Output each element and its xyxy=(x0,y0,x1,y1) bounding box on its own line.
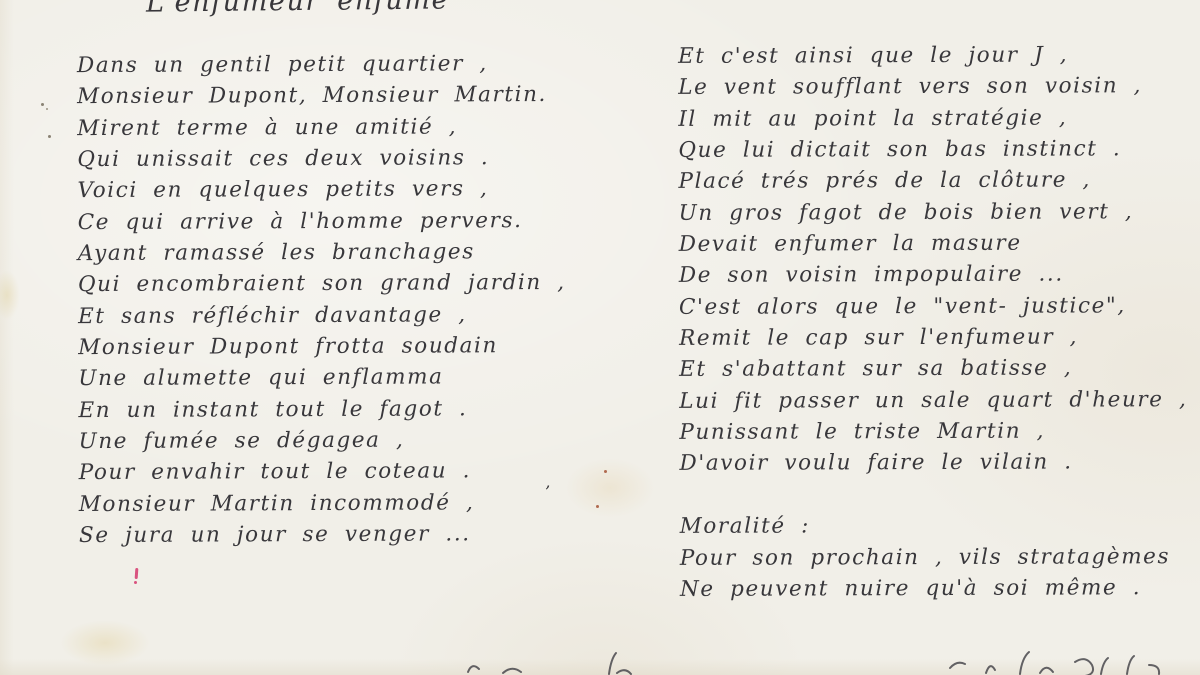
poem-line: Il mit au point la stratégie , xyxy=(678,102,1186,135)
cutoff-handwriting-fragment xyxy=(0,646,1200,675)
poem-column-right: Et c'est ainsi que le jour J ,Le vent so… xyxy=(678,39,1188,605)
poem-line: Placé trés prés de la clôture , xyxy=(678,164,1186,197)
poem-line xyxy=(680,478,1188,511)
poem-title: L'enfumeur enfumé xyxy=(146,0,449,19)
poem-line: Devait enfumer la masure xyxy=(679,227,1187,260)
poem-line: Mirent terme à une amitié , xyxy=(77,111,565,144)
poem-line: Qui unissait ces deux voisins . xyxy=(77,142,565,175)
poem-line: Voici en quelques petits vers , xyxy=(77,173,565,206)
poem-line: Ayant ramassé les branchages xyxy=(78,236,566,269)
poem-line: Et sans réfléchir davantage , xyxy=(78,299,566,332)
poem-line: Dans un gentil petit quartier , xyxy=(77,48,565,81)
poem-line: Pour envahir tout le coteau . xyxy=(79,455,567,488)
poem-line: De son voisin impopulaire ... xyxy=(679,259,1187,292)
poem-line: Monsieur Dupont, Monsieur Martin. xyxy=(77,79,565,112)
poem-line: Ce qui arrive à l'homme pervers. xyxy=(78,205,566,238)
poem-line: Remit le cap sur l'enfumeur , xyxy=(679,321,1187,354)
paper-speck xyxy=(41,103,44,106)
poem-line: Et c'est ainsi que le jour J , xyxy=(678,39,1186,72)
poem-line: Se jura un jour se venger ... xyxy=(79,518,567,551)
poem-line: Un gros fagot de bois bien vert , xyxy=(679,196,1187,229)
poem-line: Une fumée se dégagea , xyxy=(79,424,567,457)
poem-line: Lui fit passer un sale quart d'heure , xyxy=(679,384,1187,417)
poem-line: Pour son prochain , vils stratagèmes xyxy=(680,541,1188,574)
pink-pen-dot xyxy=(134,581,137,584)
poem-line: D'avoir voulu faire le vilain . xyxy=(679,447,1187,480)
poem-line: Monsieur Martin incommodé , xyxy=(79,487,567,520)
poem-line: Une alumette qui enflamma xyxy=(78,361,566,394)
poem-line: Monsieur Dupont frotta soudain xyxy=(78,330,566,363)
poem-line: C'est alors que le "vent- justice", xyxy=(679,290,1187,323)
ink-smudge: ’ xyxy=(545,482,553,494)
paper-speck xyxy=(596,505,599,508)
poem-line: Qui encombraient son grand jardin , xyxy=(78,267,566,300)
paper-speck xyxy=(46,108,48,110)
poem-column-left: Dans un gentil petit quartier ,Monsieur … xyxy=(77,48,567,552)
poem-line: Que lui dictait son bas instinct . xyxy=(678,133,1186,166)
poem-line: Punissant le triste Martin , xyxy=(679,415,1187,448)
poem-line: Moralité : xyxy=(680,509,1188,542)
paper-speck xyxy=(48,135,51,138)
poem-line: Ne peuvent nuire qu'à soi même . xyxy=(680,572,1188,605)
poem-line: En un instant tout le fagot . xyxy=(78,393,566,426)
poem-line: Et s'abattant sur sa batisse , xyxy=(679,353,1187,386)
poem-line: Le vent soufflant vers son voisin , xyxy=(678,70,1186,103)
paper-speck xyxy=(604,470,607,473)
